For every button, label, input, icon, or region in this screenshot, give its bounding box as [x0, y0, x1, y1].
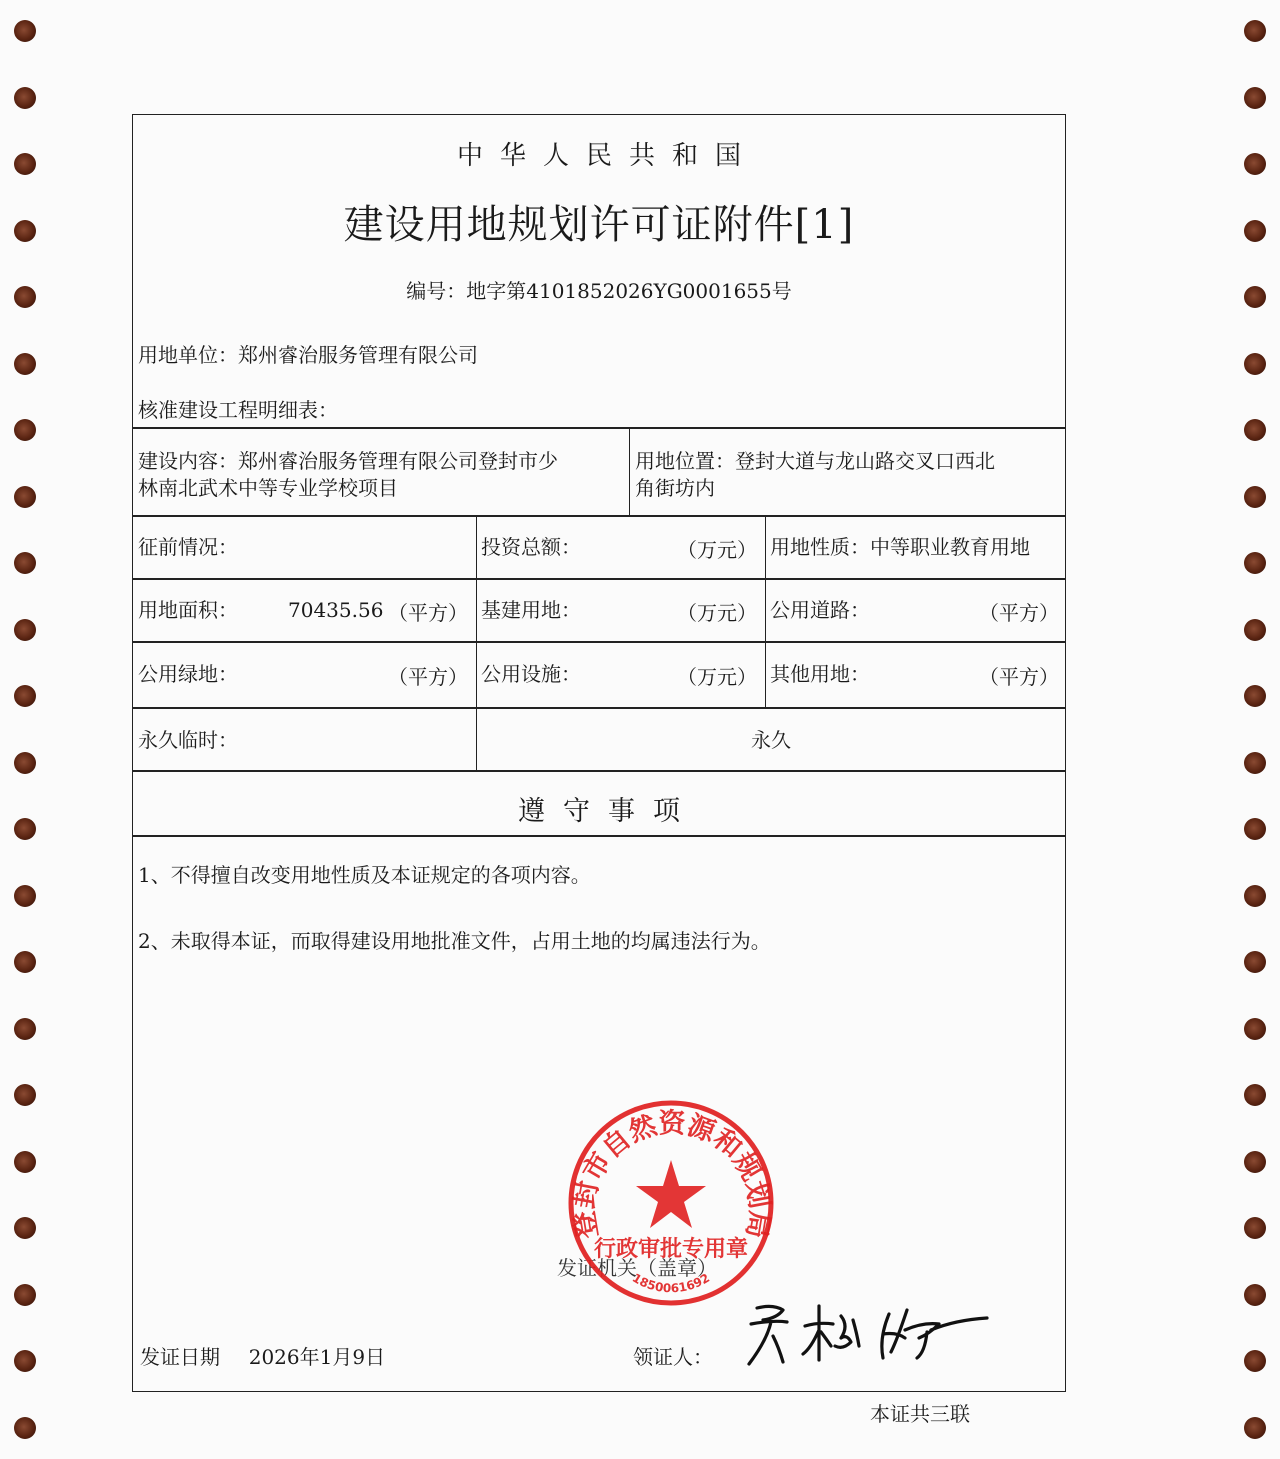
tractor-hole — [14, 20, 36, 42]
tractor-hole — [1244, 1217, 1266, 1239]
grid-cell-label: 用地面积： — [138, 597, 238, 624]
tractor-hole — [1244, 353, 1266, 375]
notice-title: 遵守事项 — [133, 789, 1065, 828]
recipient-signature — [735, 1290, 1005, 1380]
tractor-hole — [14, 486, 36, 508]
tractor-hole — [14, 87, 36, 109]
rule-2: 2、未取得本证，而取得建设用地批准文件，占用土地的均属违法行为。 — [138, 925, 771, 954]
permanence-label: 永久临时： — [138, 727, 238, 754]
tractor-hole — [14, 153, 36, 175]
tractor-hole — [1244, 752, 1266, 774]
tractor-hole — [1244, 951, 1266, 973]
tractor-hole — [1244, 1350, 1266, 1372]
grid-cell-label: 公用设施： — [481, 661, 581, 688]
tractor-hole — [1244, 1018, 1266, 1040]
land-location: 用地位置：登封大道与龙山路交叉口西北 角街坊内 — [635, 448, 995, 502]
tractor-hole — [14, 286, 36, 308]
tractor-hole — [1244, 486, 1266, 508]
grid-cell-unit: （万元） — [677, 661, 757, 690]
tractor-hole — [14, 685, 36, 707]
grid-cell-label: 征前情况： — [138, 534, 238, 561]
recipient-label: 领证人： — [633, 1341, 713, 1370]
grid-cell-label: 其他用地： — [770, 661, 870, 688]
grid-cell-label: 基建用地： — [481, 597, 581, 624]
tractor-hole — [14, 1018, 36, 1040]
tractor-hole — [14, 552, 36, 574]
seal-inner-text: 行政审批专用章 — [594, 1236, 748, 1262]
tractor-hole — [14, 1151, 36, 1173]
grid-cell-value: 70435.56 — [288, 597, 383, 624]
grid-cell-unit: （平方） — [979, 597, 1059, 626]
document-title: 建设用地规划许可证附件[1] — [133, 193, 1065, 250]
grid-cell-label: 公用绿地： — [138, 661, 238, 688]
grid-cell-unit: （平方） — [388, 597, 468, 626]
tractor-hole — [14, 1217, 36, 1239]
copies-note: 本证共三联 — [870, 1398, 970, 1427]
tractor-hole — [1244, 1417, 1266, 1439]
svg-text:1850061692: 1850061692 — [630, 1271, 712, 1296]
tractor-hole — [1244, 552, 1266, 574]
tractor-hole — [14, 818, 36, 840]
star-icon — [636, 1160, 706, 1228]
tractor-hole — [14, 220, 36, 242]
tractor-hole — [14, 619, 36, 641]
issue-date-label: 发证日期 — [140, 1345, 220, 1369]
seal-code: 1850061692 — [630, 1271, 712, 1296]
permanence-value: 永久 — [476, 727, 1066, 754]
tractor-hole — [14, 1284, 36, 1306]
tractor-hole — [1244, 87, 1266, 109]
tractor-hole — [1244, 153, 1266, 175]
tractor-hole — [1244, 220, 1266, 242]
tractor-hole — [1244, 619, 1266, 641]
rule-1: 1、不得擅自改变用地性质及本证规定的各项内容。 — [138, 859, 591, 888]
tractor-hole — [1244, 20, 1266, 42]
tractor-hole — [14, 1350, 36, 1372]
tractor-hole — [14, 419, 36, 441]
tractor-hole — [1244, 286, 1266, 308]
grid-cell-label: 公用道路： — [770, 597, 870, 624]
tractor-hole — [14, 885, 36, 907]
approved-table-label: 核准建设工程明细表： — [138, 397, 338, 424]
construction-content: 建设内容：郑州睿治服务管理有限公司登封市少 林南北武术中等专业学校项目 — [138, 448, 558, 502]
tractor-hole — [14, 752, 36, 774]
tractor-hole — [14, 1084, 36, 1106]
country-heading: 中华人民共和国 — [133, 135, 1065, 172]
tractor-hole — [1244, 1151, 1266, 1173]
tractor-hole — [1244, 1284, 1266, 1306]
grid-cell-label: 投资总额： — [481, 534, 581, 561]
grid-cell-unit: （万元） — [677, 534, 757, 563]
grid-cell-label: 用地性质：中等职业教育用地 — [770, 534, 1030, 561]
grid-cell-unit: （平方） — [388, 661, 468, 690]
official-seal: 登封市自然资源和规划局 行政审批专用章 1850061692 — [566, 1098, 776, 1308]
tractor-hole — [14, 1417, 36, 1439]
grid-cell-unit: （万元） — [677, 597, 757, 626]
tractor-hole — [1244, 1084, 1266, 1106]
land-user: 用地单位：郑州睿治服务管理有限公司 — [138, 342, 478, 369]
tractor-hole — [14, 353, 36, 375]
tractor-hole — [1244, 818, 1266, 840]
serial-number: 编号：地字第4101852026YG0001655号 — [133, 275, 1065, 304]
issue-date: 发证日期 2026年1月9日 — [140, 1341, 385, 1370]
tractor-hole — [1244, 885, 1266, 907]
tractor-hole — [1244, 685, 1266, 707]
tractor-hole — [14, 951, 36, 973]
issue-date-value: 2026年1月9日 — [249, 1345, 385, 1369]
tractor-hole — [1244, 419, 1266, 441]
grid-cell-unit: （平方） — [979, 661, 1059, 690]
